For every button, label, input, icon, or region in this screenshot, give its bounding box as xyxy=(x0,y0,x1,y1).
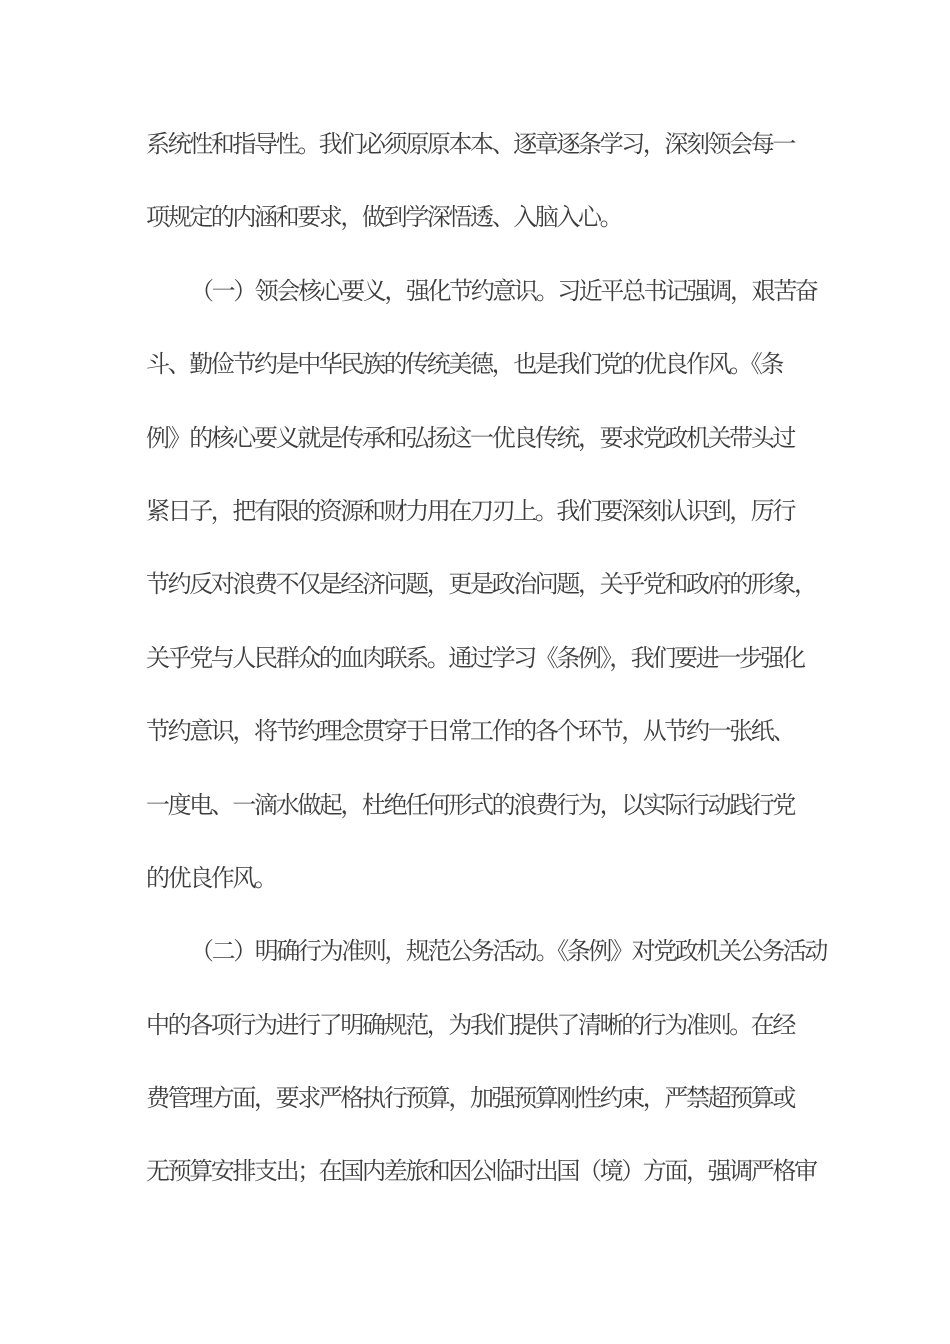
text-line: 关乎党与人民群众的血肉联系。通过学习《条例》，我们要进一步强化 xyxy=(146,623,820,696)
text-line: 斗、勤俭节约是中华民族的传统美德，也是我们党的优良作风。《条 xyxy=(146,329,820,402)
paragraph-section-one: （一）领会核心要义，强化节约意识。习近平总书记强调，艰苦奋 斗、勤俭节约是中华民… xyxy=(146,256,820,917)
text-line: 例》的核心要义就是传承和弘扬这一优良传统，要求党政机关带头过 xyxy=(146,403,820,476)
text-line: 无预算安排支出；在国内差旅和因公临时出国（境）方面，强调严格审 xyxy=(146,1136,820,1209)
text-line: 的优良作风。 xyxy=(146,843,820,916)
document-page: 系统性和指导性。我们必须原原本本、逐章逐条学习，深刻领会每一 项规定的内涵和要求… xyxy=(0,0,950,1344)
text-line: 节约意识，将节约理念贯穿于日常工作的各个环节，从节约一张纸、 xyxy=(146,696,820,769)
paragraph-continuation: 系统性和指导性。我们必须原原本本、逐章逐条学习，深刻领会每一 项规定的内涵和要求… xyxy=(146,109,820,256)
text-line: （一）领会核心要义，强化节约意识。习近平总书记强调，艰苦奋 xyxy=(146,256,820,329)
text-line: 费管理方面，要求严格执行预算，加强预算刚性约束，严禁超预算或 xyxy=(146,1063,820,1136)
text-line: （二）明确行为准则，规范公务活动。《条例》对党政机关公务活动 xyxy=(146,916,820,989)
text-line: 紧日子，把有限的资源和财力用在刀刃上。我们要深刻认识到，厉行 xyxy=(146,476,820,549)
paragraph-section-two: （二）明确行为准则，规范公务活动。《条例》对党政机关公务活动 中的各项行为进行了… xyxy=(146,916,820,1210)
text-line: 系统性和指导性。我们必须原原本本、逐章逐条学习，深刻领会每一 xyxy=(146,109,820,182)
text-line: 一度电、一滴水做起，杜绝任何形式的浪费行为，以实际行动践行党 xyxy=(146,770,820,843)
text-line: 中的各项行为进行了明确规范，为我们提供了清晰的行为准则。在经 xyxy=(146,990,820,1063)
text-line: 节约反对浪费不仅是经济问题，更是政治问题，关乎党和政府的形象， xyxy=(146,549,820,622)
text-line: 项规定的内涵和要求，做到学深悟透、入脑入心。 xyxy=(146,182,820,255)
